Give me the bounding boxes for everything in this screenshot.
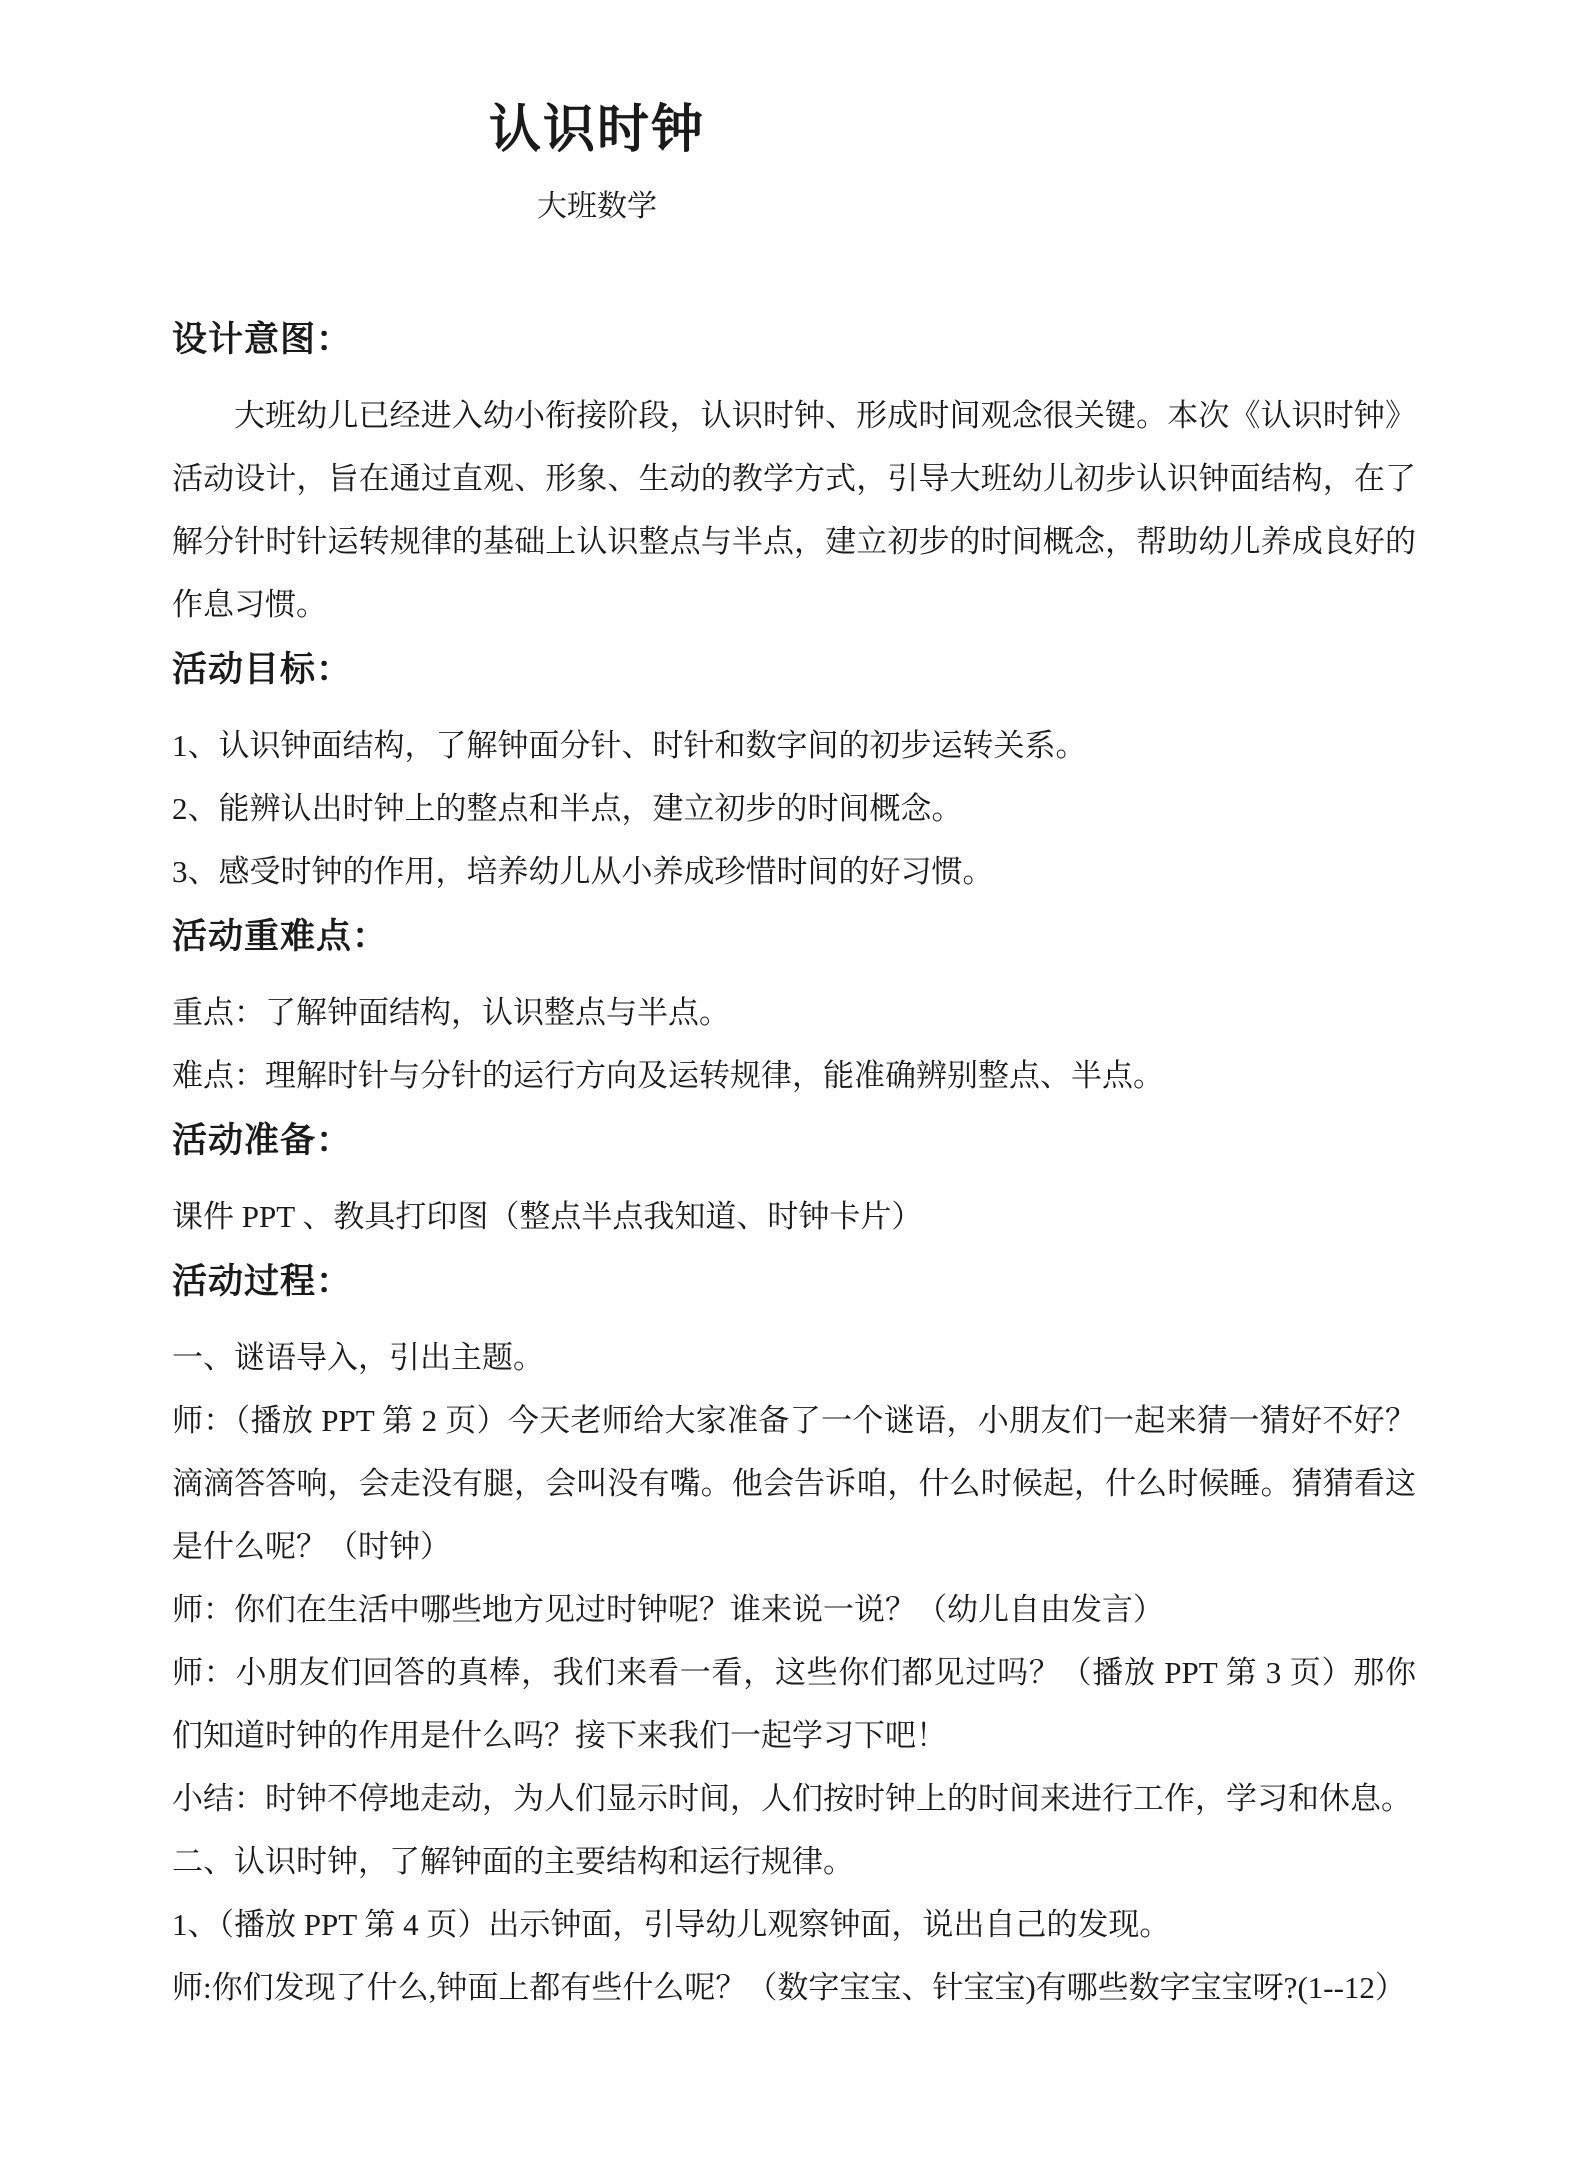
paragraph: 大班幼儿已经进入幼小衔接阶段，认识时钟、形成时间观念很关键。本次《认识时钟》活动… [172,384,1416,636]
document-title: 认识时钟 [172,96,1022,166]
paragraph: 1、（播放 PPT 第 4 页）出示钟面，引导幼儿观察钟面，说出自己的发现。 [172,1893,1416,1956]
paragraph: 二、认识时钟，了解钟面的主要结构和运行规律。 [172,1830,1416,1893]
paragraph: 师：小朋友们回答的真棒，我们来看一看，这些你们都见过吗？（播放 PPT 第 3 … [172,1641,1416,1767]
document-subtitle: 大班数学 [172,184,1022,230]
paragraph: 师:你们发现了什么,钟面上都有些什么呢？（数字宝宝、针宝宝)有哪些数字宝宝呀?(… [172,1956,1416,2019]
section-heading: 活动重难点： [172,905,1416,969]
paragraph: 难点：理解时针与分针的运行方向及运转规律，能准确辨别整点、半点。 [172,1044,1416,1107]
paragraph: 师：（播放 PPT 第 2 页）今天老师给大家准备了一个谜语，小朋友们一起来猜一… [172,1389,1416,1578]
section-heading: 活动目标： [172,638,1416,702]
title-block: 认识时钟 大班数学 [172,96,1022,230]
section-heading: 活动准备： [172,1109,1416,1173]
paragraph: 3、感受时钟的作用，培养幼儿从小养成珍惜时间的好习惯。 [172,840,1416,903]
document-page: 认识时钟 大班数学 设计意图：大班幼儿已经进入幼小衔接阶段，认识时钟、形成时间观… [0,0,1587,2158]
paragraph: 课件 PPT 、教具打印图（整点半点我知道、时钟卡片） [172,1185,1416,1248]
paragraph: 师：你们在生活中哪些地方见过时钟呢？谁来说一说？（幼儿自由发言） [172,1578,1416,1641]
paragraph: 2、能辨认出时钟上的整点和半点，建立初步的时间概念。 [172,777,1416,840]
paragraph: 1、认识钟面结构，了解钟面分针、时针和数字间的初步运转关系。 [172,714,1416,777]
section-heading: 活动过程： [172,1250,1416,1314]
paragraph: 一、谜语导入，引出主题。 [172,1326,1416,1389]
paragraph: 重点：了解钟面结构，认识整点与半点。 [172,981,1416,1044]
section-heading: 设计意图： [172,308,1416,372]
paragraph: 小结：时钟不停地走动，为人们显示时间，人们按时钟上的时间来进行工作，学习和休息。 [172,1767,1416,1830]
document-body: 设计意图：大班幼儿已经进入幼小衔接阶段，认识时钟、形成时间观念很关键。本次《认识… [172,308,1416,2019]
